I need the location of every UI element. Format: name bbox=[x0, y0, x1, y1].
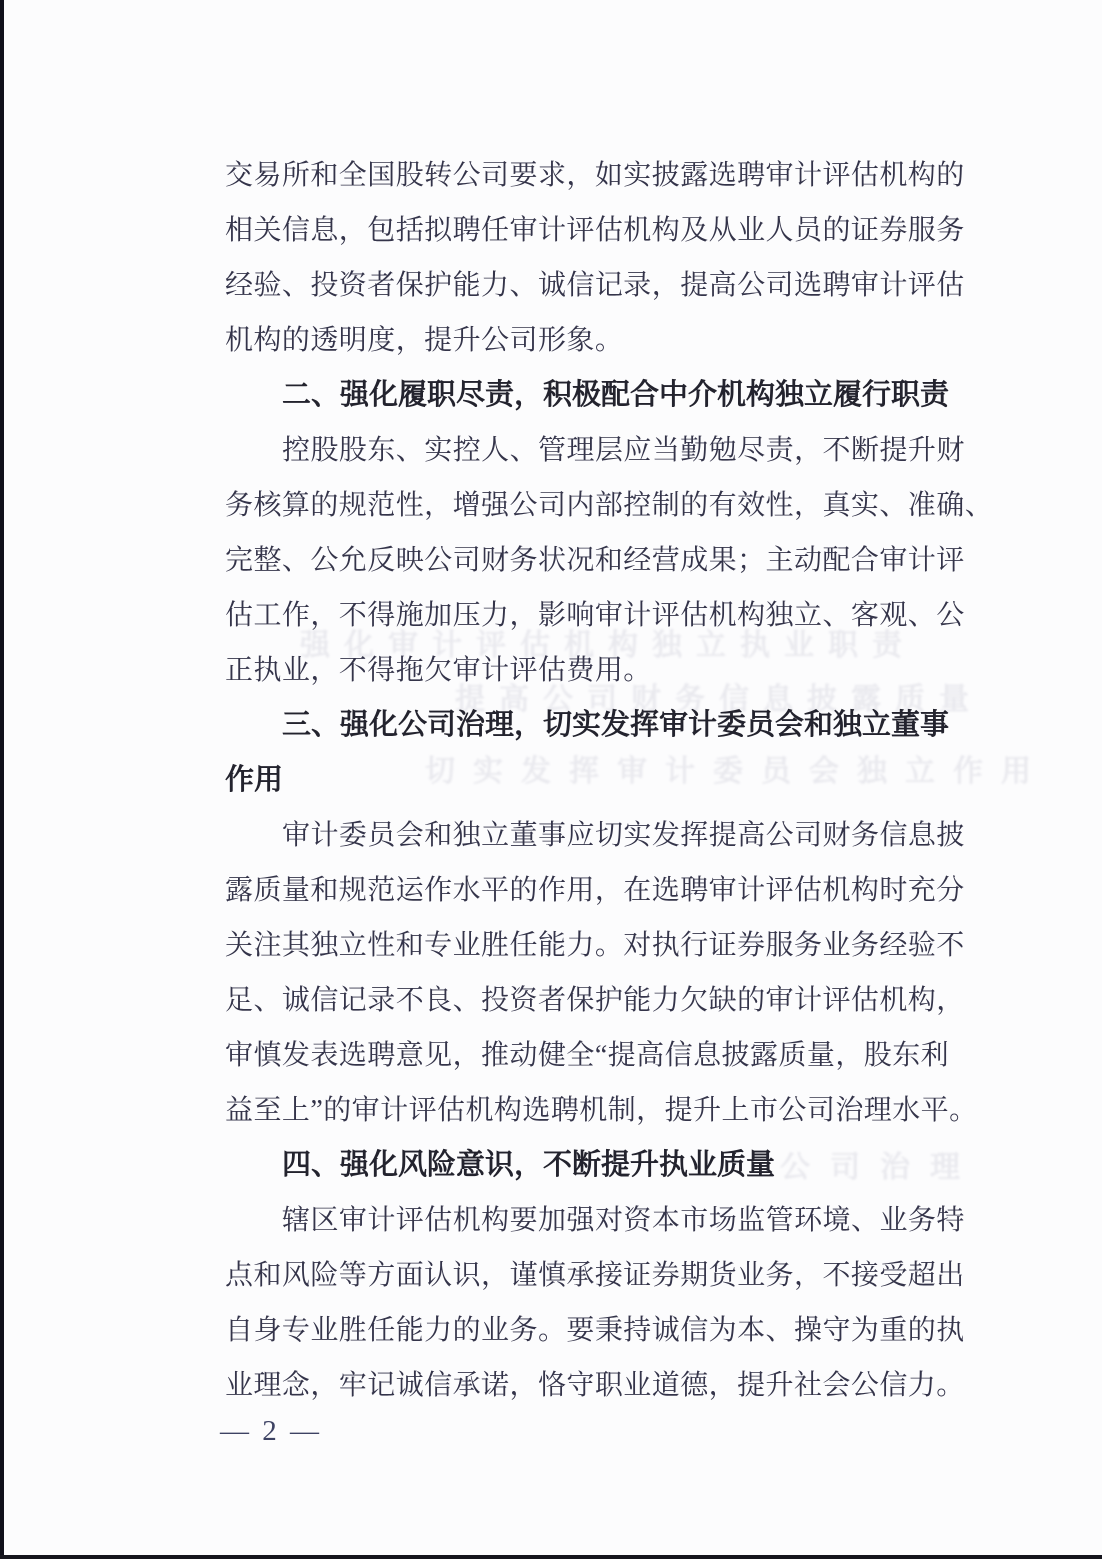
text-line: 业理念，牢记诚信承诺，恪守职业道德，提升社会公信力。 bbox=[225, 1358, 967, 1413]
section-heading-3-cont: 作用 bbox=[225, 753, 967, 808]
document-page: 强化审计评估机构独立执业职责 提高公司财务信息披露质量 切实发挥审计委员会独立作… bbox=[0, 0, 1102, 1559]
text-line: 相关信息，包括拟聘任审计评估机构及从业人员的证券服务 bbox=[225, 203, 967, 258]
text-line: 审计委员会和独立董事应切实发挥提高公司财务信息披 bbox=[225, 808, 967, 863]
text-line: 审慎发表选聘意见，推动健全“提高信息披露质量，股东利 bbox=[225, 1028, 967, 1083]
text-line: 完整、公允反映公司财务状况和经营成果；主动配合审计评 bbox=[225, 533, 967, 588]
text-line: 估工作，不得施加压力，影响审计评估机构独立、客观、公 bbox=[225, 588, 967, 643]
text-line: 机构的透明度，提升公司形象。 bbox=[225, 313, 967, 368]
section-heading-3: 三、强化公司治理，切实发挥审计委员会和独立董事 bbox=[225, 698, 967, 753]
scan-edge-left bbox=[0, 0, 4, 1559]
section-heading-4: 四、强化风险意识，不断提升执业质量 bbox=[225, 1138, 967, 1193]
text-line: 足、诚信记录不良、投资者保护能力欠缺的审计评估机构， bbox=[225, 973, 967, 1028]
text-line: 自身专业胜任能力的业务。要秉持诚信为本、操守为重的执 bbox=[225, 1303, 967, 1358]
text-line: 露质量和规范运作水平的作用，在选聘审计评估机构时充分 bbox=[225, 863, 967, 918]
text-line: 益至上”的审计评估机构选聘机制，提升上市公司治理水平。 bbox=[225, 1083, 967, 1138]
document-body: 交易所和全国股转公司要求，如实披露选聘审计评估机构的 相关信息，包括拟聘任审计评… bbox=[225, 148, 967, 1413]
scan-edge-bottom bbox=[0, 1555, 1102, 1559]
page-number: — 2 — bbox=[220, 1415, 322, 1448]
text-line: 经验、投资者保护能力、诚信记录，提高公司选聘审计评估 bbox=[225, 258, 967, 313]
section-heading-2: 二、强化履职尽责，积极配合中介机构独立履行职责 bbox=[225, 368, 967, 423]
text-line: 交易所和全国股转公司要求，如实披露选聘审计评估机构的 bbox=[225, 148, 967, 203]
text-line: 点和风险等方面认识，谨慎承接证券期货业务，不接受超出 bbox=[225, 1248, 967, 1303]
text-line: 辖区审计评估机构要加强对资本市场监管环境、业务特 bbox=[225, 1193, 967, 1248]
text-line: 控股股东、实控人、管理层应当勤勉尽责，不断提升财 bbox=[225, 423, 967, 478]
text-line: 正执业，不得拖欠审计评估费用。 bbox=[225, 643, 967, 698]
text-line: 关注其独立性和专业胜任能力。对执行证券服务业务经验不 bbox=[225, 918, 967, 973]
text-line: 务核算的规范性，增强公司内部控制的有效性，真实、准确、 bbox=[225, 478, 967, 533]
